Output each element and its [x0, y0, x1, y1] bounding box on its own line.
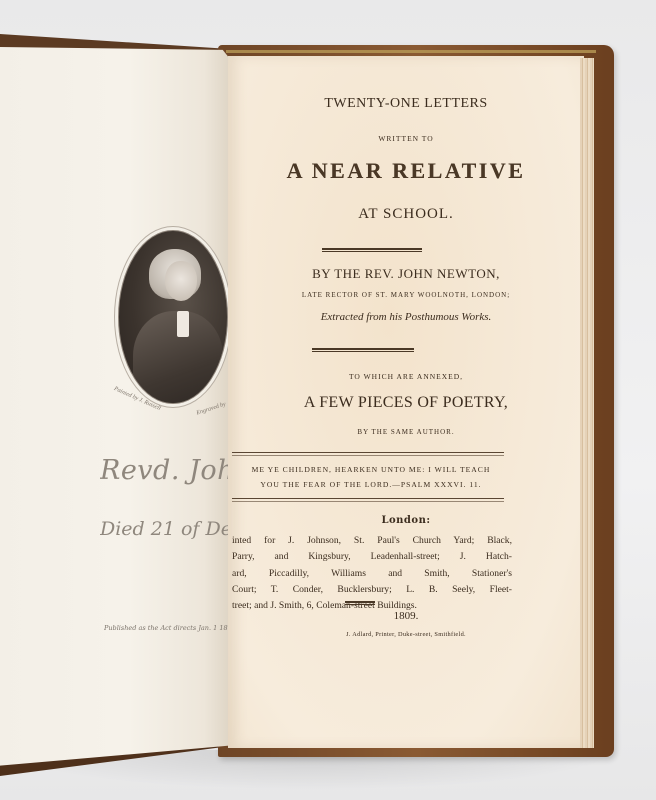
- horizontal-rule: [232, 501, 504, 502]
- main-title: A NEAR RELATIVE: [228, 158, 584, 184]
- author-line: BY THE REV. JOHN NEWTON,: [228, 266, 584, 282]
- imprint-line: inted for J. Johnson, St. Paul's Church …: [232, 533, 512, 549]
- title-line-2: WRITTEN TO: [228, 134, 584, 143]
- imprint-line: ard, Piccadilly, Williams and Smith, Sta…: [232, 566, 512, 582]
- annexed-line: TO WHICH ARE ANNEXED,: [228, 372, 584, 381]
- imprint-line: Court; T. Conder, Bucklersbury; L. B. Se…: [232, 582, 512, 598]
- imprint-city: London:: [228, 515, 584, 526]
- printer-line: J. Adlard, Printer, Duke-street, Smithfi…: [228, 631, 584, 638]
- title-line-4: AT SCHOOL.: [228, 206, 584, 223]
- horizontal-rule: [232, 498, 504, 499]
- ornamental-rule: [312, 348, 414, 352]
- extracted-line: Extracted from his Posthumous Works.: [228, 311, 584, 323]
- same-author-line: BY THE SAME AUTHOR.: [228, 428, 584, 436]
- title-line-1: TWENTY-ONE LETTERS: [228, 96, 584, 112]
- portrait-face: [165, 261, 197, 301]
- frontispiece-page: [0, 47, 232, 770]
- book-photo: Painted by J. Russell Engraved by Revd. …: [0, 0, 656, 800]
- epigraph-line: YOU THE FEAR OF THE LORD.—PSALM XXXVI. 1…: [232, 477, 510, 492]
- inscription-name: Revd. John Newton: [100, 455, 232, 486]
- portrait-engraving: [118, 230, 228, 404]
- gilt-edge: [226, 50, 596, 53]
- horizontal-rule: [232, 452, 504, 453]
- epigraph-line: ME YE CHILDREN, HEARKEN UNTO ME: I WILL …: [232, 462, 510, 477]
- imprint-line: Parry, and Kingsbury, Leadenhall-street;…: [232, 549, 512, 565]
- portrait-clerical-bands: [177, 311, 189, 337]
- ornamental-rule: [345, 601, 375, 605]
- horizontal-rule: [232, 455, 504, 456]
- inscription-death-date: Died 21 of Decr. 1807: [100, 518, 232, 540]
- publication-year: 1809.: [228, 610, 584, 622]
- author-description: LATE RECTOR OF ST. MARY WOOLNOTH, LONDON…: [228, 291, 584, 299]
- poetry-line: A FEW PIECES OF POETRY,: [228, 394, 584, 412]
- ornamental-rule: [322, 248, 422, 252]
- publication-line: Published as the Act directs Jan. 1 1809…: [104, 624, 232, 632]
